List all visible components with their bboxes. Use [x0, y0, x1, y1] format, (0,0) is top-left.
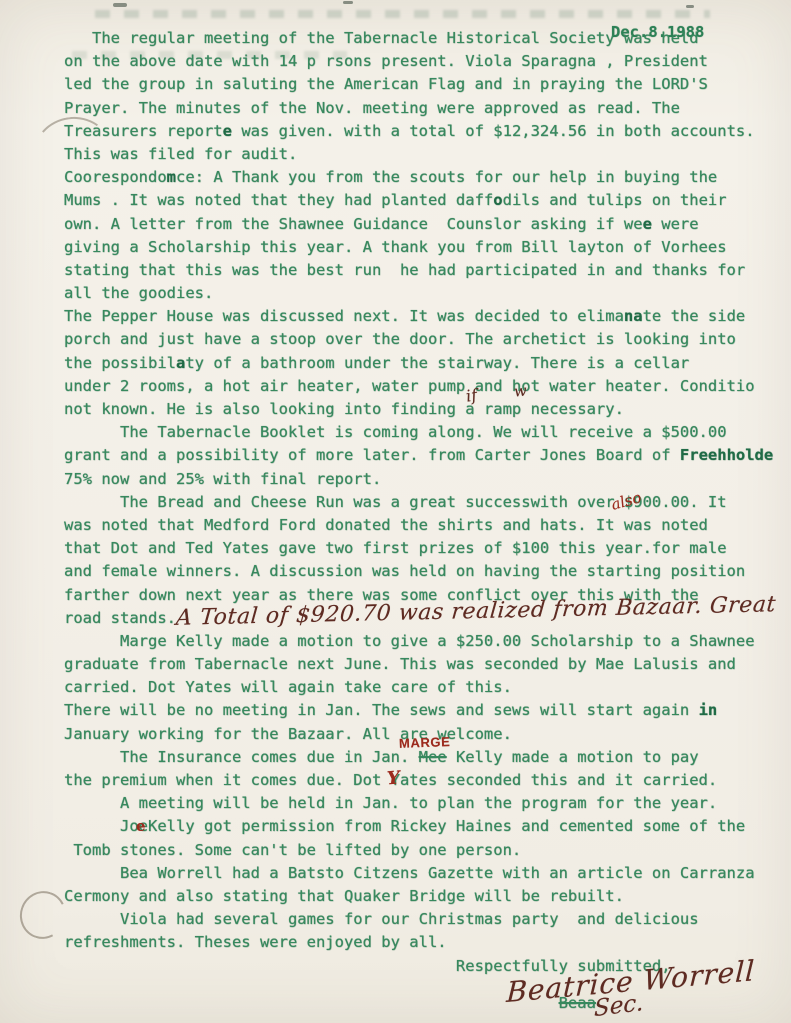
- typed-line: There will be no meeting in Jan. The sew…: [64, 699, 773, 722]
- typed-line: JoeKelly got permission from Rickey Hain…: [64, 815, 773, 838]
- typed-line: porch and just have a stoop over the doo…: [64, 328, 773, 351]
- typed-line: The Pepper House was discussed next. It …: [64, 305, 773, 328]
- typed-line: stating that this was the best run he ha…: [64, 259, 773, 282]
- typed-line: A meeting will be held in Jan. to plan t…: [64, 792, 773, 815]
- typed-line: Coorespondomce: A Thank you from the sco…: [64, 166, 773, 189]
- typed-line: graduate from Tabernacle next June. This…: [64, 653, 773, 676]
- typed-line: not known. He is also looking into findi…: [64, 398, 773, 421]
- handwritten-y-correction: Y: [386, 768, 400, 790]
- typed-line: was noted that Medford Ford donated the …: [64, 514, 773, 537]
- ink-speck: [686, 5, 694, 8]
- typed-text: The regular meeting of the Tabernacle Hi…: [64, 27, 773, 1015]
- handwritten-e-correction: e: [136, 817, 146, 835]
- typed-line: 75% now and 25% with final report.: [64, 468, 773, 491]
- typed-line: under 2 rooms, a hot air heater, water p…: [64, 375, 773, 398]
- ink-speck: [343, 1, 353, 4]
- typed-line: giving a Scholarship this year. A thank …: [64, 236, 773, 259]
- handwritten-marge-correction: MARGE: [399, 734, 451, 751]
- typed-line: refreshments. Theses were enjoyed by all…: [64, 931, 773, 954]
- typed-line: Cermony and also stating that Quaker Bri…: [64, 885, 773, 908]
- typed-line: grant and a possibility of more later. f…: [64, 444, 773, 467]
- typed-line: The Tabernacle Booklet is coming along. …: [64, 421, 773, 444]
- scanned-document-page: Dec.8.1988 The regular meeting of the Ta…: [0, 0, 791, 1023]
- typed-line: The Bread and Cheese Run was a great suc…: [64, 491, 773, 514]
- signature-sec-label: Sec.: [594, 990, 644, 1022]
- typed-line: carried. Dot Yates will again take care …: [64, 676, 773, 699]
- typed-line: Marge Kelly made a motion to give a $250…: [64, 630, 773, 653]
- typed-line: Prayer. The minutes of the Nov. meeting …: [64, 97, 773, 120]
- typed-line: Viola had several games for our Christma…: [64, 908, 773, 931]
- ink-speck: [113, 3, 127, 7]
- typed-line: This was filed for audit.: [64, 143, 773, 166]
- typed-line: led the group in saluting the American F…: [64, 73, 773, 96]
- typed-line: Bea Worrell had a Batsto Citzens Gazette…: [64, 862, 773, 885]
- typed-line: and female winners. A discussion was hel…: [64, 560, 773, 583]
- ghost-type-line-top: [95, 10, 710, 18]
- typed-line: that Dot and Ted Yates gave two first pr…: [64, 537, 773, 560]
- typed-line: Mums . It was noted that they had plante…: [64, 189, 773, 212]
- typed-line: the possibilaty of a bathroom under the …: [64, 352, 773, 375]
- handwritten-w-mark: w: [513, 381, 528, 400]
- typed-line: The regular meeting of the Tabernacle Hi…: [64, 27, 773, 50]
- typed-line: the premium when it comes due. Dot Yates…: [64, 769, 773, 792]
- typed-line: Treasurers reporte was given. with a tot…: [64, 120, 773, 143]
- typed-line: Beaa: [64, 992, 773, 1015]
- typed-line: Tomb stones. Some can't be lifted by one…: [64, 839, 773, 862]
- typed-line: own. A letter from the Shawnee Guidance …: [64, 213, 773, 236]
- typed-line: all the goodies.: [64, 282, 773, 305]
- typed-line: on the above date with 14 p rsons presen…: [64, 50, 773, 73]
